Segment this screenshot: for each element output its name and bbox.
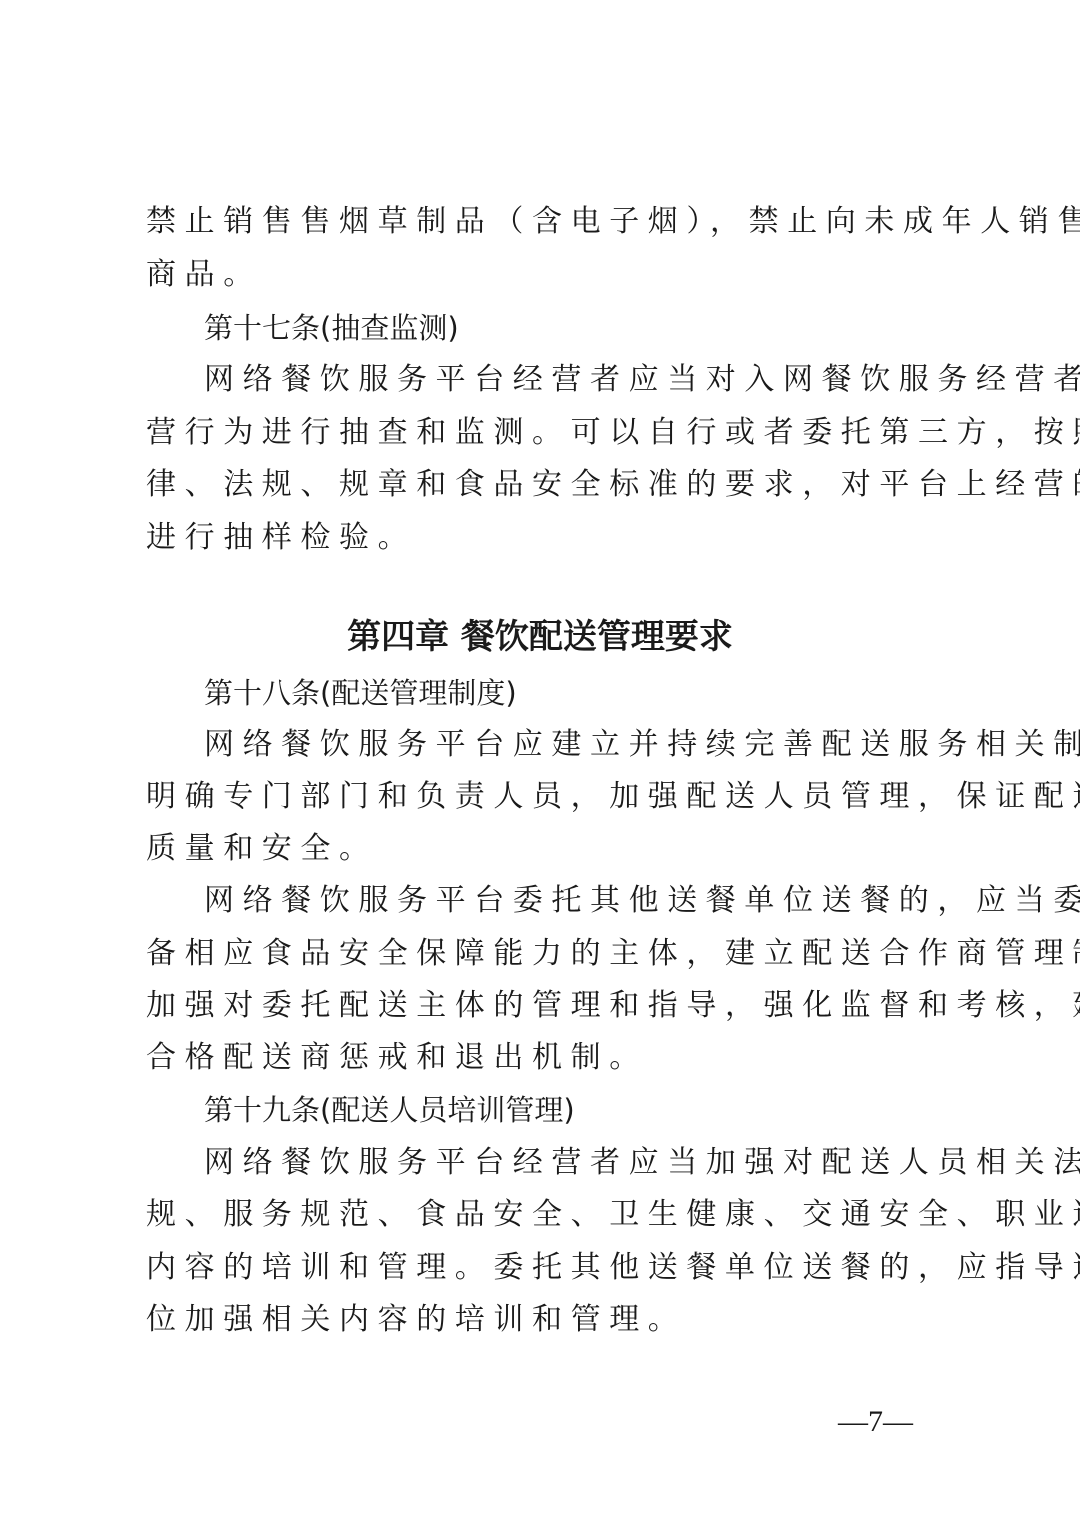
- article-18-heading: 第十八条(配送管理制度): [204, 673, 517, 713]
- body-text-line: 商品。: [146, 255, 262, 295]
- body-text-line: 禁止销售售烟草制品（含电子烟），禁止向未成年人销售酒类: [146, 202, 1080, 242]
- article-19-heading: 第十九条(配送人员培训管理): [204, 1090, 575, 1130]
- page-number: —7—: [838, 1402, 913, 1442]
- chapter-title: 第四章 餐饮配送管理要求: [0, 615, 1080, 659]
- body-text-line: 网络餐饮服务平台经营者应当加强对配送人员相关法律法: [204, 1143, 1080, 1183]
- body-text-line: 加强对委托配送主体的管理和指导，强化监督和考核，建立不: [146, 986, 1080, 1026]
- body-text-line: 内容的培训和管理。委托其他送餐单位送餐的，应指导送餐单: [146, 1248, 1080, 1288]
- body-text-line: 位加强相关内容的培训和管理。: [146, 1300, 686, 1340]
- body-text-line: 质量和安全。: [146, 829, 378, 869]
- body-text-line: 网络餐饮服务平台经营者应当对入网餐饮服务经营者的经: [204, 360, 1080, 400]
- body-text-line: 合格配送商惩戒和退出机制。: [146, 1038, 648, 1078]
- body-text-line: 规、服务规范、食品安全、卫生健康、交通安全、职业道德等: [146, 1195, 1080, 1235]
- article-17-heading: 第十七条(抽查监测): [204, 308, 459, 348]
- body-text-line: 律、法规、规章和食品安全标准的要求，对平台上经营的食品: [146, 465, 1080, 505]
- body-text-line: 网络餐饮服务平台应建立并持续完善配送服务相关制度，: [204, 725, 1080, 765]
- body-text-line: 网络餐饮服务平台委托其他送餐单位送餐的，应当委托具: [204, 881, 1080, 921]
- body-text-line: 营行为进行抽查和监测。可以自行或者委托第三方，按照法: [146, 413, 1080, 453]
- body-text-line: 备相应食品安全保障能力的主体，建立配送合作商管理制度，: [146, 934, 1080, 974]
- body-text-line: 进行抽样检验。: [146, 518, 416, 558]
- body-text-line: 明确专门部门和负责人员，加强配送人员管理，保证配送服务: [146, 777, 1080, 817]
